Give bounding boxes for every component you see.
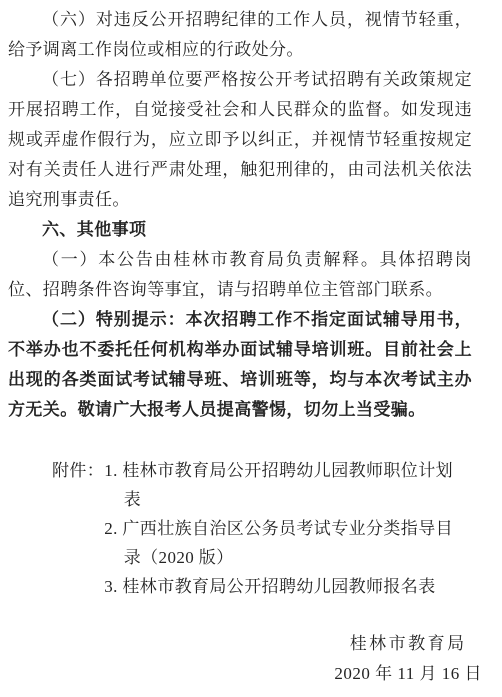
attachment-item-1: 1. 桂林市教育局公开招聘幼儿园教师职位计划表 — [104, 456, 466, 514]
attachment-item-3: 3. 桂林市教育局公开招聘幼儿园教师报名表 — [104, 572, 466, 601]
attachments-label: 附件： — [52, 456, 104, 601]
paragraph-item-six: （六）对违反公开招聘纪律的工作人员，视情节轻重，给予调离工作岗位或相应的行政处分… — [8, 5, 472, 65]
paragraph-item-two-special-notice: （二）特别提示：本次招聘工作不指定面试辅导用书，不举办也不委托任何机构举办面试辅… — [8, 305, 472, 425]
signature-block: 桂林市教育局 2020 年 11 月 16 日 — [334, 629, 482, 689]
paragraph-item-one: （一）本公告由桂林市教育局负责解释。具体招聘岗位、招聘条件咨询等事宜，请与招聘单… — [8, 245, 472, 305]
paragraph-item-seven: （七）各招聘单位要严格按公开考试招聘有关政策规定开展招聘工作，自觉接受社会和人民… — [8, 65, 472, 215]
attachments-block: 附件： 1. 桂林市教育局公开招聘幼儿园教师职位计划表 2. 广西壮族自治区公务… — [52, 456, 472, 601]
attachments-list: 1. 桂林市教育局公开招聘幼儿园教师职位计划表 2. 广西壮族自治区公务员考试专… — [104, 456, 466, 601]
attachment-item-2: 2. 广西壮族自治区公务员考试专业分类指导目录（2020 版） — [104, 514, 466, 572]
document-page: （六）对违反公开招聘纪律的工作人员，视情节轻重，给予调离工作岗位或相应的行政处分… — [0, 0, 502, 697]
signature-issuer: 桂林市教育局 — [334, 629, 482, 659]
section-heading-other-matters: 六、其他事项 — [8, 215, 472, 245]
signature-date: 2020 年 11 月 16 日 — [334, 659, 482, 689]
